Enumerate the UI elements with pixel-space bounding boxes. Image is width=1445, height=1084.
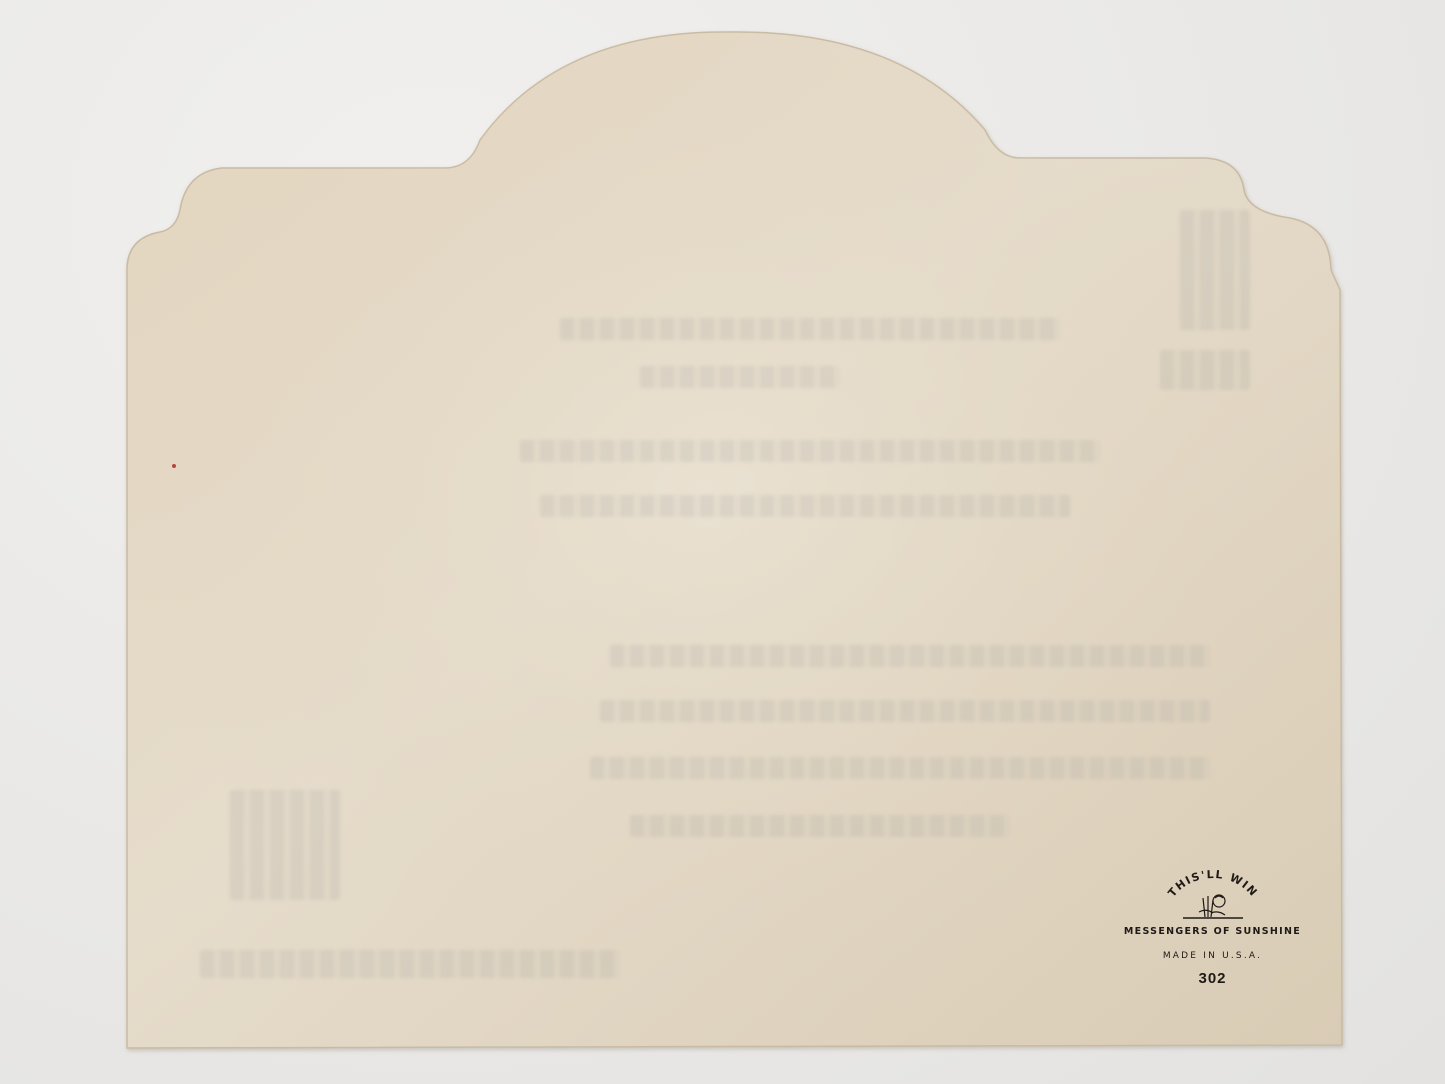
svg-text:THIS'LL WIN: THIS'LL WIN	[1165, 868, 1260, 900]
red-speck	[172, 464, 176, 468]
thisll-win-logo: THIS'LL WIN	[1153, 868, 1273, 924]
card-number: 302	[1100, 970, 1325, 987]
brand-name: MESSENGERS OF SUNSHINE	[1100, 926, 1325, 937]
logo-text: THIS'LL WIN	[1165, 868, 1260, 900]
made-in-label: MADE IN U.S.A.	[1100, 951, 1325, 961]
publisher-imprint: THIS'LL WIN MESSENGERS OF SUNSHINE MADE …	[1100, 868, 1325, 987]
flower-logo-icon: THIS'LL WIN	[1153, 868, 1273, 924]
greeting-card-back: THIS'LL WIN MESSENGERS OF SUNSHINE MADE …	[0, 0, 1445, 1084]
